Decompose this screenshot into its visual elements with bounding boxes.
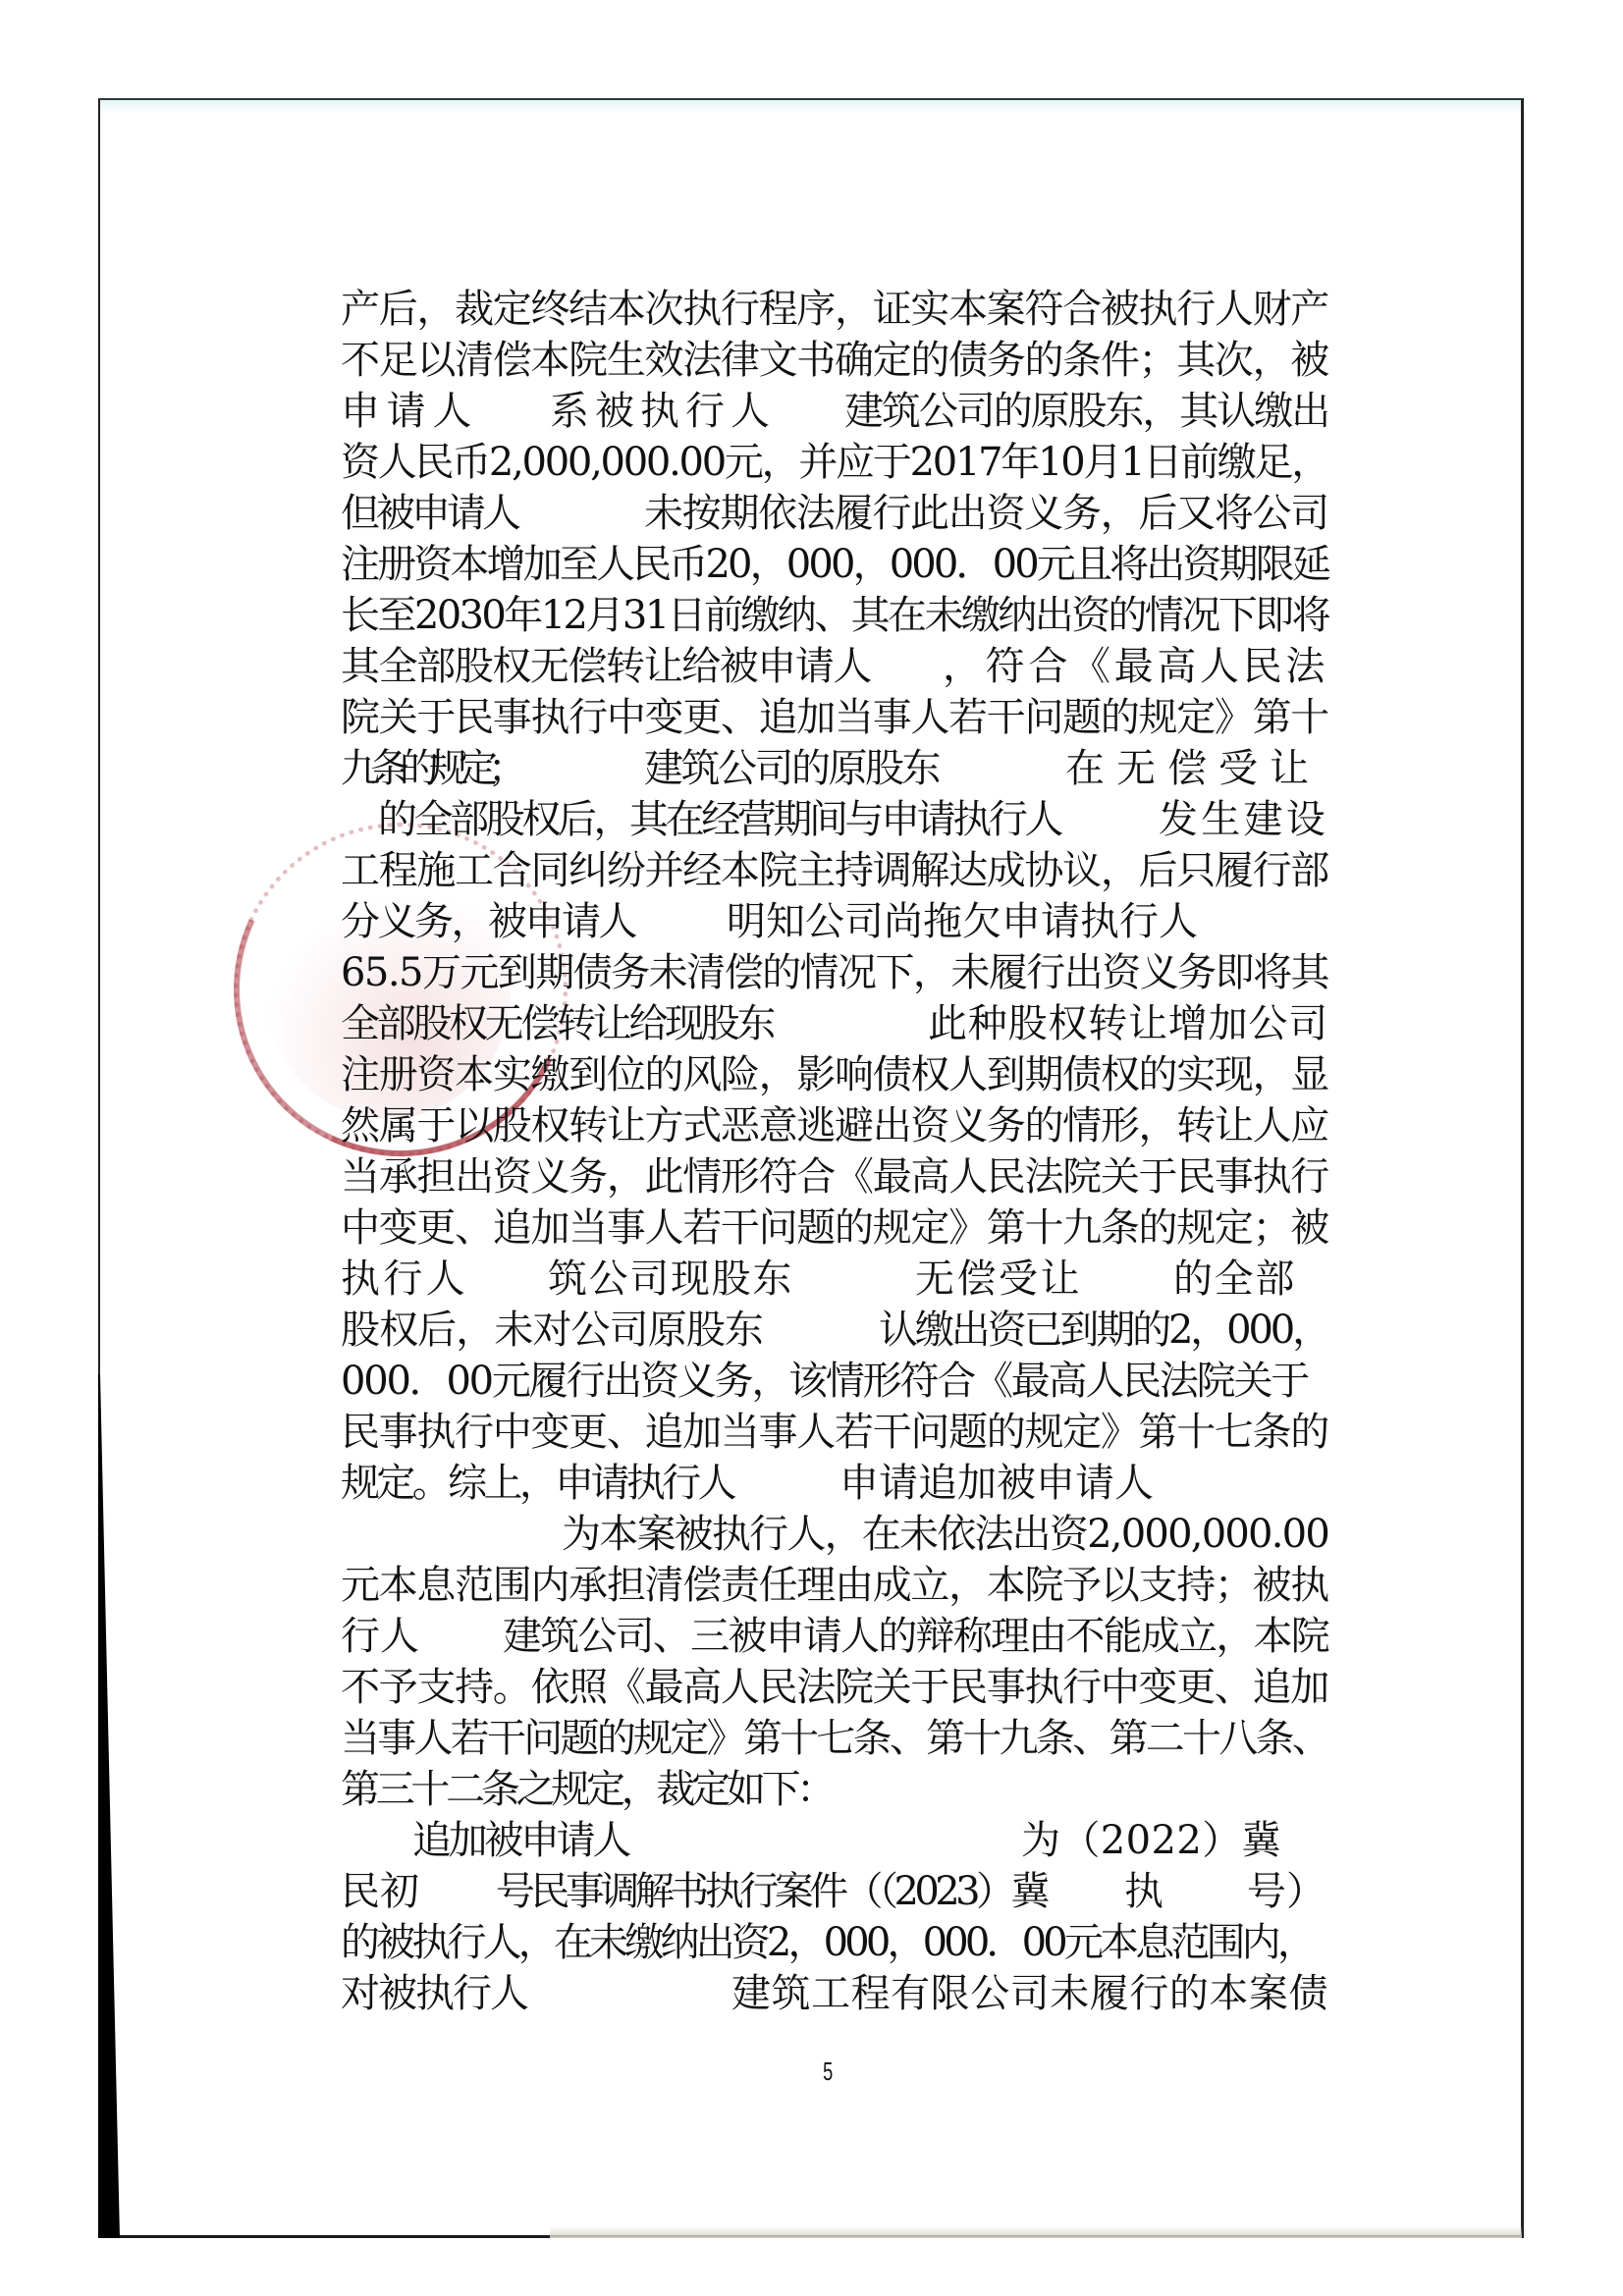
text-fragment: 无偿受让	[915, 1254, 1082, 1305]
text-fragment: 规定。综上，申请执行人	[341, 1458, 733, 1509]
text-fragment: 未按期依法履行此出资义务，后又将公司	[644, 488, 1328, 539]
text-fragment: 全部股权无偿转让给现股东	[341, 998, 773, 1049]
text-fragment: 院关于民事执行中变更、追加当事人若干问题的规定》第十	[341, 692, 1328, 743]
text-fragment: 不予支持。依照《最高人民法院关于民事执行中变更、追加	[341, 1662, 1328, 1713]
text-line: 当事人若干问题的规定》第十七条、第十九条、第二十八条、	[0, 1713, 1623, 1764]
text-line: 追加被申请人为（2022）冀	[0, 1815, 1623, 1866]
text-fragment: 申请追加被申请人	[839, 1458, 1154, 1509]
text-fragment: 股权后，未对公司原股东	[341, 1305, 763, 1356]
text-fragment: 民初	[341, 1866, 419, 1917]
text-fragment: 建筑公司的原股东	[644, 743, 939, 794]
text-fragment: 资人民币2,000,000.00元，并应于2017年10月1日前缴足，	[341, 437, 1328, 488]
text-fragment: 的被执行人，在未缴纳出资2，000，000．00元本息范围内，	[341, 1917, 1313, 1968]
text-fragment: 为（2022）冀	[1021, 1815, 1281, 1866]
text-line: 民事执行中变更、追加当事人若干问题的规定》第十七条的	[0, 1407, 1623, 1458]
text-fragment: 当承担出资义务，此情形符合《最高人民法院关于民事执行	[341, 1151, 1328, 1202]
text-fragment: 建筑工程有限公司未履行的本案债	[731, 1968, 1328, 2019]
text-fragment: 为本案被执行人，在未依法出资2,000,000.00	[562, 1509, 1328, 1560]
text-fragment: 行人	[341, 1611, 419, 1662]
text-fragment: 分义务，被申请人	[341, 896, 635, 947]
text-line: 九条的规定；建筑公司的原股东在无偿受让	[0, 743, 1623, 794]
text-fragment: 注册资本实缴到位的风险，影响债权人到期债权的实现，显	[341, 1049, 1328, 1100]
text-line: 工程施工合同纠纷并经本院主持调解达成协议，后只履行部	[0, 845, 1623, 896]
text-fragment: 追加被申请人	[412, 1815, 628, 1866]
text-fragment: 认缴出资已到期的2，000，	[879, 1305, 1328, 1356]
text-line: 产后，裁定终结本次执行程序，证实本案符合被执行人财产	[0, 284, 1623, 335]
text-fragment: 筑公司现股东	[548, 1254, 793, 1305]
text-fragment: 然属于以股权转让方式恶意逃避出资义务的情形，转让人应	[341, 1100, 1328, 1151]
text-fragment: 000．00元履行出资义务，该情形符合《最高人民法院关于	[341, 1356, 1308, 1407]
text-line: 分义务，被申请人明知公司尚拖欠申请执行人	[0, 896, 1623, 947]
text-fragment: 建筑公司、三被申请人的辩称理由不能成立，本院	[503, 1611, 1328, 1662]
text-line: 然属于以股权转让方式恶意逃避出资义务的情形，转让人应	[0, 1100, 1623, 1151]
text-fragment: 对被执行人	[341, 1968, 527, 2019]
text-line: 资人民币2,000,000.00元，并应于2017年10月1日前缴足，	[0, 437, 1623, 488]
text-line: 不予支持。依照《最高人民法院关于民事执行中变更、追加	[0, 1662, 1623, 1713]
text-fragment: 的全部	[1173, 1254, 1296, 1305]
text-fragment: 但被申请人	[341, 488, 517, 539]
text-line: 不足以清偿本院生效法律文书确定的债务的条件；其次，被	[0, 335, 1623, 386]
text-fragment: 工程施工合同纠纷并经本院主持调解达成协议，后只履行部	[341, 845, 1328, 896]
text-fragment: 注册资本增加至人民币20，000，000．00元且将出资期限延	[341, 539, 1328, 590]
text-fragment: 号）	[1247, 1866, 1325, 1917]
text-line: 申请人系被执行人建筑公司的原股东，其认缴出	[0, 386, 1623, 437]
text-line: 的全部股权后，其在经营期间与申请执行人发生建设	[0, 794, 1623, 845]
text-fragment: ，符合《最高人民法	[943, 641, 1328, 692]
text-line: 但被申请人未按期依法履行此出资义务，后又将公司	[0, 488, 1623, 539]
text-line: 院关于民事执行中变更、追加当事人若干问题的规定》第十	[0, 692, 1623, 743]
text-fragment: 其全部股权无偿转让给被申请人	[341, 641, 871, 692]
text-fragment: 产后，裁定终结本次执行程序，证实本案符合被执行人财产	[341, 284, 1328, 335]
text-line: 规定。综上，申请执行人申请追加被申请人	[0, 1458, 1623, 1509]
text-fragment: 当事人若干问题的规定》第十七条、第十九条、第二十八条、	[341, 1713, 1328, 1764]
text-line: 000．00元履行出资义务，该情形符合《最高人民法院关于	[0, 1356, 1623, 1407]
text-line: 全部股权无偿转让给现股东此种股权转让增加公司	[0, 998, 1623, 1049]
text-line: 元本息范围内承担清偿责任理由成立，本院予以支持；被执	[0, 1560, 1623, 1611]
text-fragment: 发生建设	[1159, 794, 1328, 845]
text-line: 为本案被执行人，在未依法出资2,000,000.00	[0, 1509, 1623, 1560]
text-line: 对被执行人建筑工程有限公司未履行的本案债	[0, 1968, 1623, 2019]
text-fragment: 申请人	[341, 386, 478, 437]
text-fragment: 65.5万元到期债务未清偿的情况下，未履行出资义务即将其	[341, 947, 1328, 998]
text-fragment: 的全部股权后，其在经营期间与申请执行人	[378, 794, 1060, 845]
text-fragment: 号民事调解书执行案件（（2023）冀	[496, 1866, 1046, 1917]
text-line: 65.5万元到期债务未清偿的情况下，未履行出资义务即将其	[0, 947, 1623, 998]
text-line: 民初号民事调解书执行案件（（2023）冀执号）	[0, 1866, 1623, 1917]
text-line: 行人建筑公司、三被申请人的辩称理由不能成立，本院	[0, 1611, 1623, 1662]
text-line: 第三十二条之规定，裁定如下：	[0, 1764, 1623, 1815]
text-fragment: 建筑公司的原股东，其认缴出	[844, 386, 1328, 437]
text-fragment: 此种股权转让增加公司	[928, 998, 1328, 1049]
scan-shadow-bottom	[550, 2226, 1522, 2238]
scan-edge-tint	[100, 100, 1521, 114]
text-line: 股权后，未对公司原股东认缴出资已到期的2，000，	[0, 1305, 1623, 1356]
text-fragment: 九条的规定；	[341, 743, 517, 794]
text-fragment: 执	[1124, 1866, 1163, 1917]
text-line: 注册资本实缴到位的风险，影响债权人到期债权的实现，显	[0, 1049, 1623, 1100]
text-line: 执行人筑公司现股东无偿受让的全部	[0, 1254, 1623, 1305]
text-line: 当承担出资义务，此情形符合《最高人民法院关于民事执行	[0, 1151, 1623, 1202]
text-fragment: 明知公司尚拖欠申请执行人	[727, 896, 1198, 947]
page-number: 5	[823, 2056, 833, 2087]
text-fragment: 元本息范围内承担清偿责任理由成立，本院予以支持；被执	[341, 1560, 1328, 1611]
text-fragment: 执行人	[341, 1254, 468, 1305]
text-fragment: 不足以清偿本院生效法律文书确定的债务的条件；其次，被	[341, 335, 1328, 386]
text-fragment: 第三十二条之规定，裁定如下：	[341, 1764, 832, 1815]
text-fragment: 在无偿受让	[1065, 743, 1321, 794]
text-line: 中变更、追加当事人若干问题的规定》第十九条的规定；被	[0, 1202, 1623, 1254]
text-line: 注册资本增加至人民币20，000，000．00元且将出资期限延	[0, 539, 1623, 590]
text-line: 其全部股权无偿转让给被申请人，符合《最高人民法	[0, 641, 1623, 692]
text-line: 的被执行人，在未缴纳出资2，000，000．00元本息范围内，	[0, 1917, 1623, 1968]
text-fragment: 中变更、追加当事人若干问题的规定》第十九条的规定；被	[341, 1202, 1328, 1254]
text-fragment: 长至2030年12月31日前缴纳、其在未缴纳出资的情况下即将	[341, 590, 1328, 641]
text-fragment: 系被执行人	[550, 386, 776, 437]
text-line: 长至2030年12月31日前缴纳、其在未缴纳出资的情况下即将	[0, 590, 1623, 641]
text-fragment: 民事执行中变更、追加当事人若干问题的规定》第十七条的	[341, 1407, 1328, 1458]
